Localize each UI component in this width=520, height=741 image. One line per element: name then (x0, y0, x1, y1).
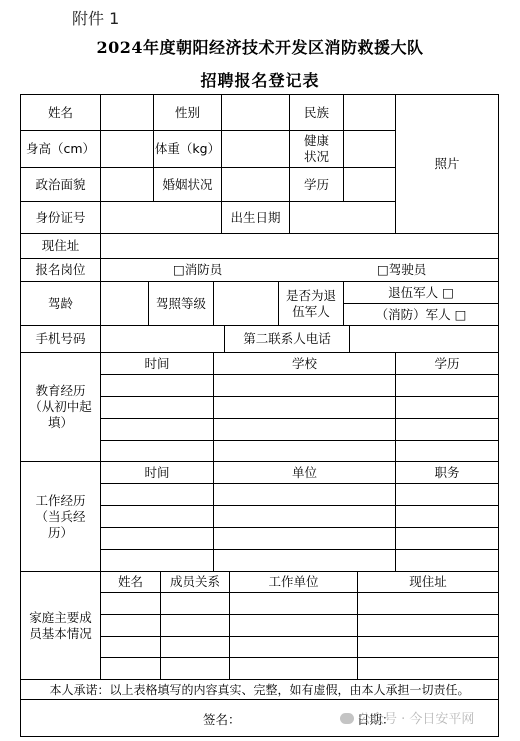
second-contact-field[interactable] (349, 325, 499, 353)
edu-cell[interactable] (395, 374, 499, 397)
edu-cell[interactable] (395, 440, 499, 462)
work-col-duty: 职务 (395, 461, 499, 484)
position-label: 报名岗位 (20, 258, 101, 282)
work-cell[interactable] (100, 483, 214, 506)
address-field[interactable] (100, 233, 499, 259)
work-cell[interactable] (213, 483, 396, 506)
family-cell[interactable] (357, 657, 499, 680)
address-label: 现住址 (20, 233, 101, 259)
family-cell[interactable] (229, 657, 358, 680)
watermark: 公众号 · 今日安平网 (340, 708, 474, 727)
political-label: 政治面貌 (20, 167, 101, 202)
work-col-unit: 单位 (213, 461, 396, 484)
work-cell[interactable] (100, 505, 214, 528)
license-class-label: 驾照等级 (148, 281, 214, 326)
family-section-label: 家庭主要成员基本情况 (20, 571, 101, 680)
family-col-employer: 工作单位 (229, 571, 358, 593)
edu-col-school: 学校 (213, 352, 396, 375)
health-field[interactable] (343, 130, 396, 168)
gender-field[interactable] (221, 94, 290, 131)
family-cell[interactable] (229, 592, 358, 615)
family-cell[interactable] (100, 636, 161, 658)
edu-cell[interactable] (213, 440, 396, 462)
id-label: 身份证号 (20, 201, 101, 234)
work-col-time: 时间 (100, 461, 214, 484)
driving-years-field[interactable] (100, 281, 149, 326)
family-col-relation: 成员关系 (160, 571, 230, 593)
family-cell[interactable] (160, 636, 230, 658)
work-cell[interactable] (395, 505, 499, 528)
name-label: 姓名 (20, 94, 101, 131)
family-cell[interactable] (160, 614, 230, 637)
family-cell[interactable] (357, 614, 499, 637)
family-col-address: 现住址 (357, 571, 499, 593)
edu-cell[interactable] (100, 374, 214, 397)
family-cell[interactable] (357, 592, 499, 615)
edu-col-degree: 学历 (395, 352, 499, 375)
edu-cell[interactable] (213, 396, 396, 419)
pledge-statement: 本人承诺：以上表格填写的内容真实、完整，如有虚假，由本人承担一切责任。 (20, 679, 499, 700)
phone-label: 手机号码 (20, 325, 101, 353)
marital-field[interactable] (221, 167, 290, 202)
family-cell[interactable] (229, 636, 358, 658)
phone-field[interactable] (100, 325, 225, 353)
license-class-field[interactable] (213, 281, 279, 326)
family-cell[interactable] (100, 657, 161, 680)
work-cell[interactable] (213, 505, 396, 528)
edu-cell[interactable] (100, 396, 214, 419)
name-field[interactable] (100, 94, 154, 131)
ethnicity-label: 民族 (289, 94, 344, 131)
work-cell[interactable] (213, 527, 396, 550)
veteran-label: 是否为退伍军人 (278, 281, 344, 326)
education-section-label: 教育经历（从初中起填） (20, 352, 101, 462)
driving-years-label: 驾龄 (20, 281, 101, 326)
gender-label: 性别 (153, 94, 222, 131)
ethnicity-field[interactable] (343, 94, 396, 131)
wechat-icon (340, 713, 354, 724)
edu-cell[interactable] (100, 440, 214, 462)
edu-cell[interactable] (100, 418, 214, 441)
work-cell[interactable] (100, 549, 214, 572)
education-label: 学历 (289, 167, 344, 202)
family-cell[interactable] (229, 614, 358, 637)
height-label: 身高（cm） (20, 130, 101, 168)
family-col-name: 姓名 (100, 571, 161, 593)
work-cell[interactable] (395, 527, 499, 550)
family-cell[interactable] (357, 636, 499, 658)
option-driver[interactable]: □驾驶员 (377, 262, 426, 278)
work-cell[interactable] (100, 527, 214, 550)
edu-col-time: 时间 (100, 352, 214, 375)
id-field[interactable] (100, 201, 222, 234)
family-cell[interactable] (100, 614, 161, 637)
form-title: 2024年度朝阳经济技术开发区消防救援大队 (0, 35, 520, 58)
work-cell[interactable] (395, 483, 499, 506)
edu-cell[interactable] (395, 418, 499, 441)
weight-label: 体重（kg） (153, 130, 222, 168)
watermark-text: 公众号 · 今日安平网 (358, 712, 474, 727)
position-options: □消防员 □驾驶员 (100, 258, 499, 282)
photo-box[interactable]: 照片 (395, 94, 499, 234)
annex-label: 附件 1 (72, 6, 119, 29)
veteran-option-retired[interactable]: 退伍军人 □ (343, 281, 499, 304)
option-firefighter[interactable]: □消防员 (173, 262, 222, 278)
weight-field[interactable] (221, 130, 290, 168)
family-cell[interactable] (160, 657, 230, 680)
political-field[interactable] (100, 167, 154, 202)
edu-cell[interactable] (395, 396, 499, 419)
marital-label: 婚姻状况 (153, 167, 222, 202)
health-label: 健康状况 (289, 130, 344, 168)
family-cell[interactable] (160, 592, 230, 615)
edu-cell[interactable] (213, 418, 396, 441)
education-field[interactable] (343, 167, 396, 202)
form-subtitle: 招聘报名登记表 (0, 68, 520, 91)
birth-label: 出生日期 (221, 201, 290, 234)
work-cell[interactable] (213, 549, 396, 572)
work-section-label: 工作经历（当兵经历） (20, 461, 101, 572)
work-cell[interactable] (395, 549, 499, 572)
family-cell[interactable] (100, 592, 161, 615)
height-field[interactable] (100, 130, 154, 168)
edu-cell[interactable] (213, 374, 396, 397)
second-contact-label: 第二联系人电话 (224, 325, 350, 353)
veteran-option-fire[interactable]: （消防）军人 □ (343, 303, 499, 326)
birth-field[interactable] (289, 201, 396, 234)
signature-label[interactable]: 签名： (203, 700, 241, 737)
